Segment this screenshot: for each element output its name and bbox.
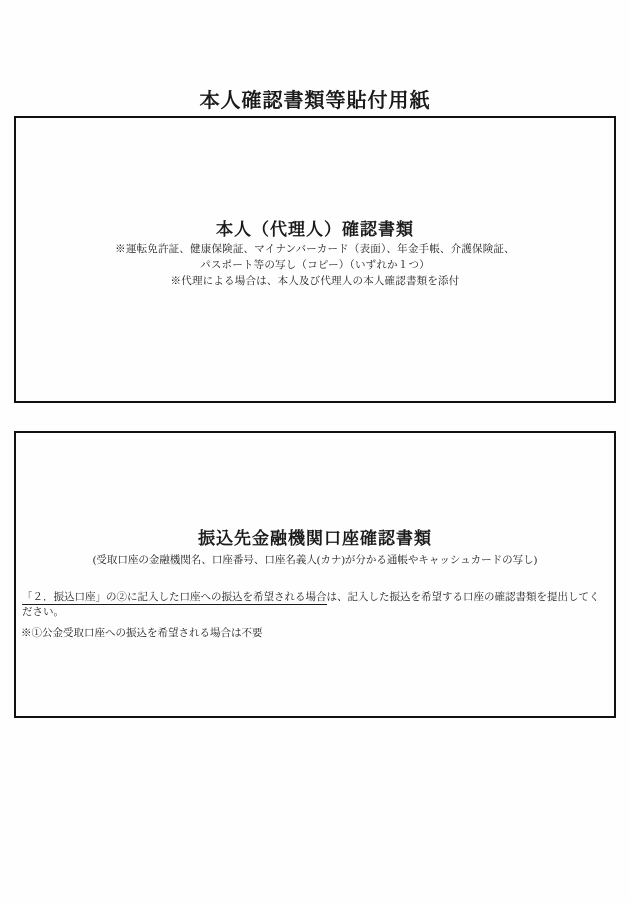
identity-box-heading: 本人（代理人）確認書類 <box>16 218 614 242</box>
bank-box-content: 振込先金融機関口座確認書類 (受取口座の金融機関名、口座番号、口座名義人(カナ)… <box>16 433 614 641</box>
identity-box-note-copy: パスポート等の写し（コピー）（いずれか１つ） <box>16 258 614 274</box>
bank-box-instruction-underlined: 「２．振込口座」の②に記入した口座への振込を希望される場合 <box>22 592 327 605</box>
identity-documents-attachment-box: 本人（代理人）確認書類 ※運転免許証、健康保険証、マイナンバーカード（表面）、年… <box>14 116 616 403</box>
bank-box-subtitle: (受取口座の金融機関名、口座番号、口座名義人(カナ)が分かる通帳やキャッシュカー… <box>16 553 614 569</box>
bank-box-note-public-funds: ※①公金受取口座への振込を希望される場合は不要 <box>16 626 614 641</box>
bank-account-documents-attachment-box: 振込先金融機関口座確認書類 (受取口座の金融機関名、口座番号、口座名義人(カナ)… <box>14 431 616 718</box>
bank-box-instruction: 「２．振込口座」の②に記入した口座への振込を希望される場合は、記入した振込を希望… <box>16 590 614 620</box>
identity-box-note-proxy: ※代理による場合は、本人及び代理人の本人確認書類を添付 <box>16 274 614 290</box>
identity-box-content: 本人（代理人）確認書類 ※運転免許証、健康保険証、マイナンバーカード（表面）、年… <box>16 118 614 290</box>
identity-box-note-documents: ※運転免許証、健康保険証、マイナンバーカード（表面）、年金手帳、介護保険証、 <box>16 242 614 258</box>
bank-box-heading: 振込先金融機関口座確認書類 <box>16 527 614 551</box>
document-page: 本人確認書類等貼付用紙 本人（代理人）確認書類 ※運転免許証、健康保険証、マイナ… <box>0 0 630 903</box>
page-title: 本人確認書類等貼付用紙 <box>0 84 630 113</box>
